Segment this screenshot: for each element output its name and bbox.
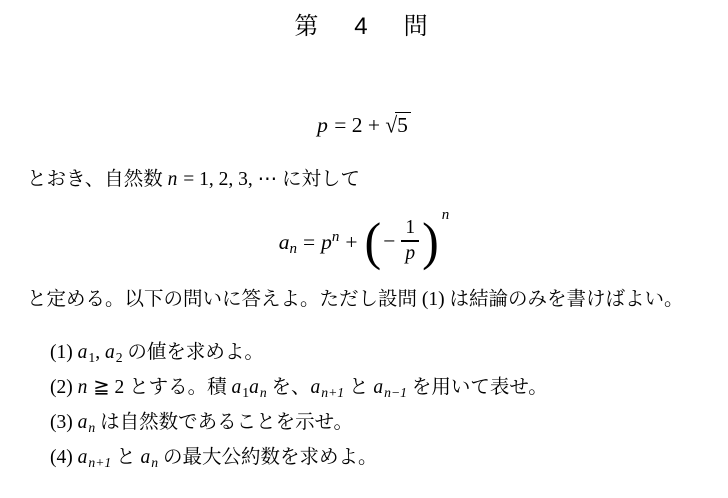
text-segment-mi: a [249,377,260,398]
text-segment-mi: a [231,377,242,398]
subscript-n: n [290,241,298,257]
text-segment-rm: = 2 + [329,113,386,137]
question-item-1: (1) a1, a2 の値を求めよ。 [50,341,718,376]
text-segment-subi: n+1 [321,385,344,400]
text-segment-jp: と [111,447,140,468]
text-segment-rm: ≧ 2 [88,377,129,398]
var-p: p [321,230,332,254]
text-segment-mi: a [311,377,322,398]
question-item-3: (3) an は自然数であることを示せ。 [50,411,718,446]
right-paren: ) [422,215,439,268]
text-segment-mi: a [78,412,89,433]
text-segment-mi: n [168,169,179,190]
problem-title: 第 4 問 [0,6,728,41]
var-a: a [279,230,290,254]
text-segment-jp: とおき、自然数 [27,169,168,190]
fraction-numerator: 1 [402,218,418,240]
question-list: (1) a1, a2 の値を求めよ。 (2) n ≧ 2 とする。積 a1an … [50,341,718,481]
text-segment-rm: (1) [422,289,445,310]
sqrt-expression: √5 [385,113,411,137]
text-segment-jp: とする。積 [129,377,231,398]
text-segment-sub: 2 [116,350,123,365]
exam-page: 第 4 問 p = 2 + √5 とおき、自然数 n = 1, 2, 3, ⋯ … [0,0,728,498]
fraction-denominator: p [401,242,419,264]
text-segment-jp: に対して [282,169,360,190]
text-segment-jp: の最大公約数を求めよ。 [158,447,377,468]
minus-sign: − [383,229,395,254]
text-segment-mi: a [78,342,89,363]
text-segment-jp: は結論のみを書けばよい。 [445,289,684,310]
text-segment-jp: を用いて表せ。 [407,377,548,398]
text-segment-jp: と定める。以下の問いに答えよ。ただし設問 [27,289,422,310]
text-segment-subi: n [260,385,267,400]
text-segment-rm: , [95,342,105,363]
text-segment-rm: (4) [50,447,78,468]
question-item-2: (2) n ≧ 2 とする。積 a1an を、an+1 と an−1 を用いて表… [50,376,718,411]
radicand: 5 [395,112,411,138]
text-segment-jp: を、 [267,377,311,398]
plus-sign: + [339,230,363,254]
text-segment-mi: a [141,447,152,468]
text-segment-mi: a [373,377,384,398]
text-segment-subi: n−1 [384,385,407,400]
text-segment-rm: (1) [50,342,78,363]
text-segment-mi: p [317,113,329,137]
equals-sign: = [297,230,321,254]
text-segment-subi: n+1 [88,455,111,470]
paragraph-intro: とおき、自然数 n = 1, 2, 3, ⋯ に対して [27,168,360,192]
outer-exponent-n: n [442,207,450,224]
text-segment-rm: (2) [50,377,78,398]
question-item-4: (4) an+1 と an の最大公約数を求めよ。 [50,446,718,481]
text-segment-rm: (3) [50,412,78,433]
text-segment-mi: a [78,447,89,468]
equation-p-definition: p = 2 + √5 [0,111,728,139]
equation-an-definition: an=pn+ ( − 1 p ) n [0,207,728,275]
text-segment-rm: = 1, 2, 3, ⋯ [178,169,282,190]
text-segment-jp: は自然数であることを示せ。 [95,412,353,433]
text-segment-mi: n [78,377,89,398]
text-segment-mi: a [105,342,116,363]
paragraph-instructions: と定める。以下の問いに答えよ。ただし設問 (1) は結論のみを書けばよい。 [27,288,684,312]
fraction-1-over-p: 1 p [401,218,419,264]
equation-left-side: an=pn+ [279,229,364,258]
radical-sign: √ [385,113,397,139]
left-paren: ( [365,215,382,268]
text-segment-jp: と [344,377,373,398]
text-segment-jp: の値を求めよ。 [123,342,264,363]
